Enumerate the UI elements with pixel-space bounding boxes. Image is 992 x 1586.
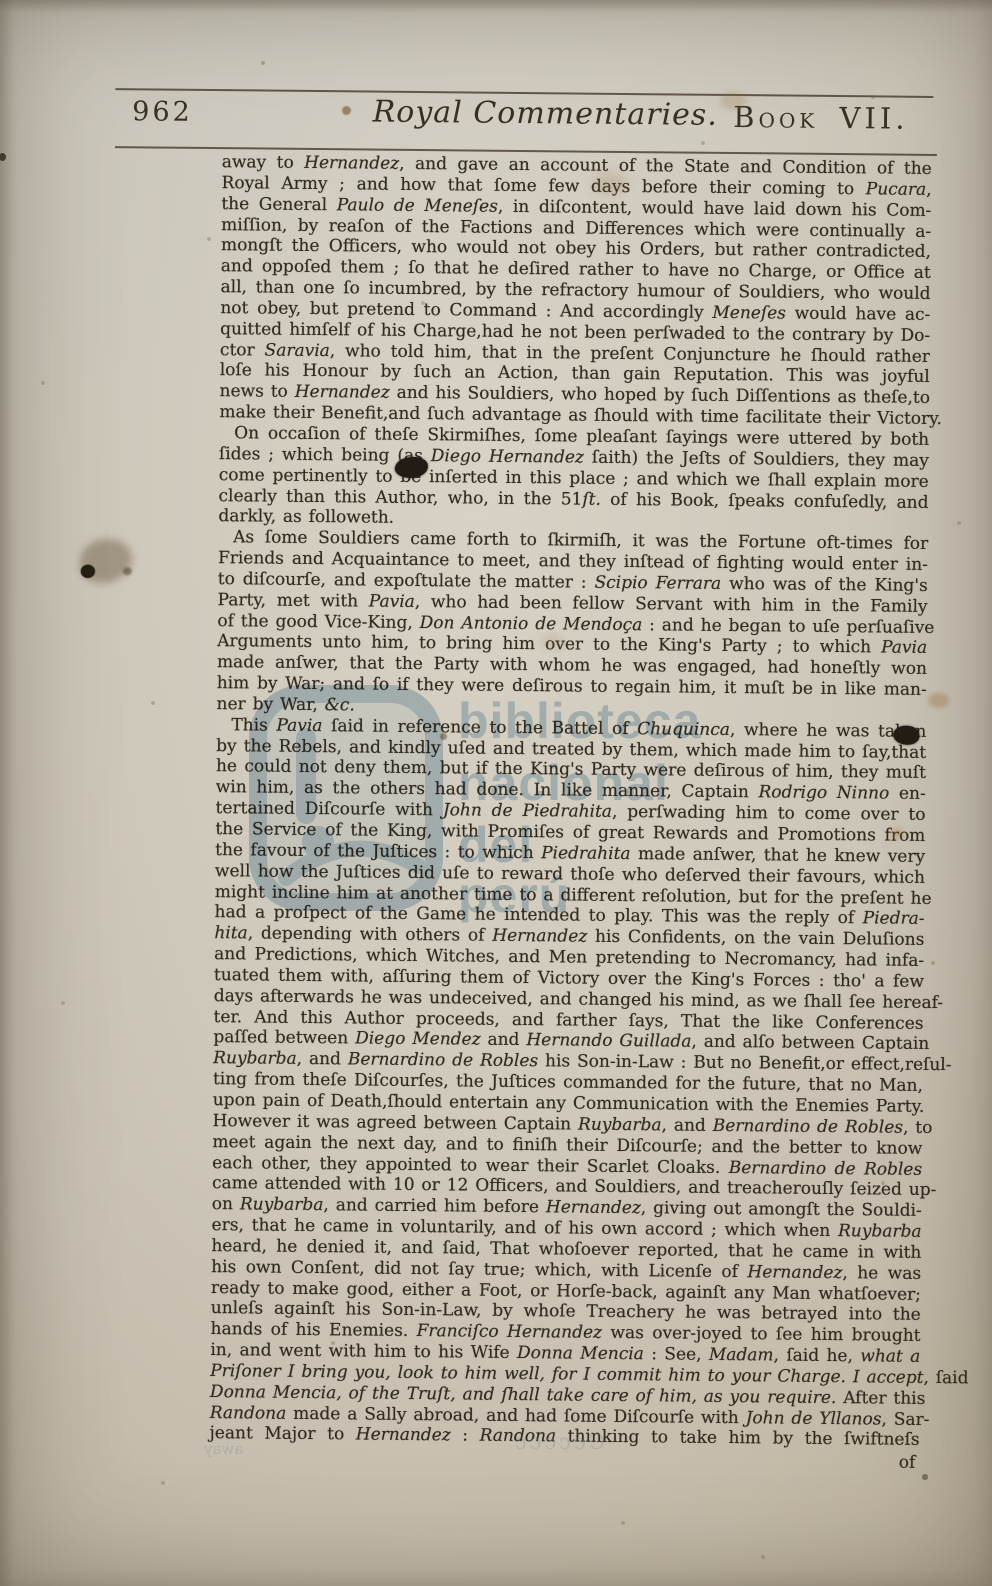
roman-text: ſaith) the Jeſts of Souldiers, they may: [584, 447, 929, 470]
book-label: Book VII.: [733, 100, 909, 136]
roman-text: , ſaid: [923, 1368, 968, 1388]
roman-text: news to: [219, 381, 294, 402]
roman-text: to diſcourſe, and expoſtulate the matter…: [218, 569, 595, 593]
italic-text: Pucara: [866, 179, 927, 200]
italic-text: Hernandez: [747, 1262, 842, 1283]
roman-text: the favour of the Juſtices : to which: [215, 840, 541, 863]
roman-text: thinking to take him by the ſwiftneſs: [556, 1427, 920, 1450]
margin-ink-dot: [81, 565, 95, 578]
roman-text: jeant Major to: [209, 1424, 355, 1445]
italic-text: Donna Mencia: [517, 1343, 644, 1364]
italic-text: Hernandez: [356, 1425, 451, 1446]
roman-text: and: [480, 1030, 526, 1050]
italic-text: Bernardino de Robles: [729, 1158, 923, 1180]
italic-text: Ruybarba: [578, 1114, 662, 1135]
italic-text: Bernardino de Robles: [713, 1116, 903, 1138]
roman-text: ,: [926, 180, 932, 200]
italic-text: Randona: [210, 1403, 287, 1424]
roman-text: his Confidents, on the vain Deluſions: [587, 927, 924, 950]
roman-text: ctor: [220, 340, 265, 360]
roman-text: of the good Vice-King,: [217, 611, 420, 633]
italic-text: Ruybarba: [213, 1048, 297, 1069]
italic-text: hita: [214, 923, 248, 943]
roman-text: of his Book, ſpeaks confuſedly, and: [601, 489, 929, 512]
italic-text: Hernando Guillada: [526, 1031, 691, 1053]
printed-page: 962 Royal Commentaries. Book VII. away t…: [0, 0, 992, 1586]
text-block: away to Hernandez, and gave an account o…: [209, 152, 931, 1451]
roman-text: on: [212, 1194, 240, 1214]
roman-text: was over-joyed to ſee him brought: [602, 1323, 921, 1346]
italic-text: what a: [860, 1346, 920, 1367]
italic-text: Rodrigo Ninno: [758, 783, 889, 804]
roman-text: , and: [661, 1115, 712, 1135]
italic-text: Hernandez: [295, 382, 390, 403]
roman-text: , ſaid he,: [774, 1346, 861, 1367]
margin-ink-dot: [123, 567, 132, 575]
roman-text: the General: [221, 194, 337, 215]
roman-text: , he was: [842, 1263, 921, 1284]
italic-text: Chuquinca: [637, 719, 730, 740]
italic-text: Madam: [709, 1345, 774, 1366]
italic-text: John de Piedrahita: [443, 800, 612, 822]
roman-text: en-: [889, 784, 926, 804]
italic-text: Ruybarba: [838, 1221, 922, 1242]
roman-text: This: [231, 715, 276, 735]
roman-text: However it was agreed between Captain: [212, 1111, 578, 1135]
italic-text: Piedra-: [863, 909, 925, 930]
italic-text: Meneſes: [712, 303, 786, 324]
italic-text: Don Antonio de Mendoça: [420, 613, 643, 635]
roman-text: , giving out amongſt the Souldi-: [641, 1198, 922, 1221]
roman-text: paſſed between: [213, 1028, 355, 1049]
roman-text: : See,: [644, 1344, 709, 1365]
italic-text: Hernandez: [546, 1197, 641, 1218]
roman-text: darkly, as followeth.: [218, 506, 394, 528]
roman-text: his Son-in-Law : But no Benefit,or effec…: [538, 1051, 952, 1075]
italic-text: Scipio Ferrara: [594, 573, 721, 594]
roman-text: :: [451, 1426, 480, 1446]
italic-text: Diego Hernandez: [431, 446, 584, 467]
roman-text: clearly than this Author, who, in the 51: [218, 486, 582, 509]
italic-text: ſt.: [582, 489, 601, 509]
roman-text: After this: [836, 1388, 925, 1409]
italic-text: &c.: [325, 695, 355, 715]
italic-text: Hernandez: [304, 153, 399, 174]
roman-text: , depending with others of: [248, 924, 493, 946]
italic-text: Pavia: [369, 591, 415, 611]
italic-text: John de Yllanos: [746, 1408, 882, 1429]
roman-text: hands of his Enemies.: [210, 1319, 416, 1341]
italic-text: Hernandez: [492, 926, 587, 947]
roman-text: ſaid in reference to the Battel of: [322, 716, 637, 739]
running-title: Royal Commentaries.: [345, 94, 745, 133]
italic-text: Paulo de Meneſes: [337, 195, 498, 217]
roman-text: would have ac-: [786, 303, 931, 324]
italic-text: Pavia: [881, 638, 927, 658]
roman-text: tertained Diſcourſe with: [215, 798, 442, 820]
roman-text: who was of the King's: [721, 574, 928, 596]
italic-text: Bernardino de Robles: [348, 1050, 538, 1072]
ink-blot: [893, 726, 919, 745]
roman-text: , to: [903, 1118, 933, 1138]
roman-text: , perſwading him to come over to: [612, 802, 926, 825]
roman-text: , Sar-: [881, 1409, 929, 1429]
roman-text: , and alſo between Captain: [691, 1032, 929, 1054]
italic-text: Ruybarba: [240, 1195, 324, 1216]
roman-text: away to: [222, 152, 305, 173]
italic-text: Saravia: [264, 340, 329, 361]
italic-text: Pavia: [276, 715, 322, 735]
italic-text: Randona: [480, 1426, 557, 1447]
roman-text: ner by War,: [216, 694, 324, 715]
italic-text: Diego Mendez: [355, 1029, 481, 1050]
roman-text: : and he began to uſe perſuaſive: [642, 615, 934, 638]
roman-text: , and carried him before: [323, 1195, 546, 1217]
italic-text: Franciſco Hernandez: [417, 1321, 603, 1343]
italic-text: Piedrahita: [541, 843, 631, 864]
roman-text: Party, met with: [217, 590, 368, 611]
paper-specks: [0, 0, 2, 2]
page-number: 962: [132, 96, 193, 128]
roman-text: in, and went with him to his Wife: [210, 1340, 517, 1363]
roman-text: made anſwer, that he knew very: [630, 844, 925, 867]
roman-text: , and: [297, 1049, 348, 1069]
